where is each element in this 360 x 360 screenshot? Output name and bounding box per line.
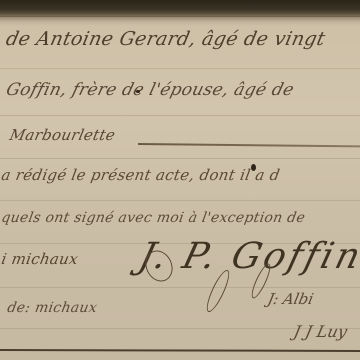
text-line-3: Marbourlette	[8, 126, 117, 144]
page-edge-gradient	[0, 16, 360, 26]
bottom-rule-line	[0, 349, 360, 352]
page-edge-shadow	[0, 0, 360, 17]
ruled-line	[0, 115, 360, 116]
signature-albi: J: Albi	[266, 290, 315, 308]
text-line-2: Goffin, frère de l'épouse, âgé de	[4, 80, 296, 100]
ruled-line	[0, 158, 360, 159]
signature-luy: J J Luy	[292, 322, 349, 341]
ruled-line	[0, 200, 360, 201]
document-page: de Antoine Gerard, âgé de vingt Goffin, …	[0, 0, 360, 360]
text-line-7: de: michaux	[6, 300, 98, 316]
text-line-1: de Antoine Gerard, âgé de vingt	[4, 28, 327, 50]
ink-blot	[251, 164, 256, 171]
ruled-line	[0, 287, 360, 288]
closing-line-stroke	[138, 143, 360, 147]
ink-dot	[136, 90, 140, 93]
text-line-5: quels ont signé avec moi à l'exception d…	[0, 210, 307, 226]
text-line-4: a rédigé le présent acte, dont il a d	[0, 166, 281, 184]
ruled-line	[0, 68, 360, 69]
text-line-6: i michaux	[0, 250, 80, 268]
